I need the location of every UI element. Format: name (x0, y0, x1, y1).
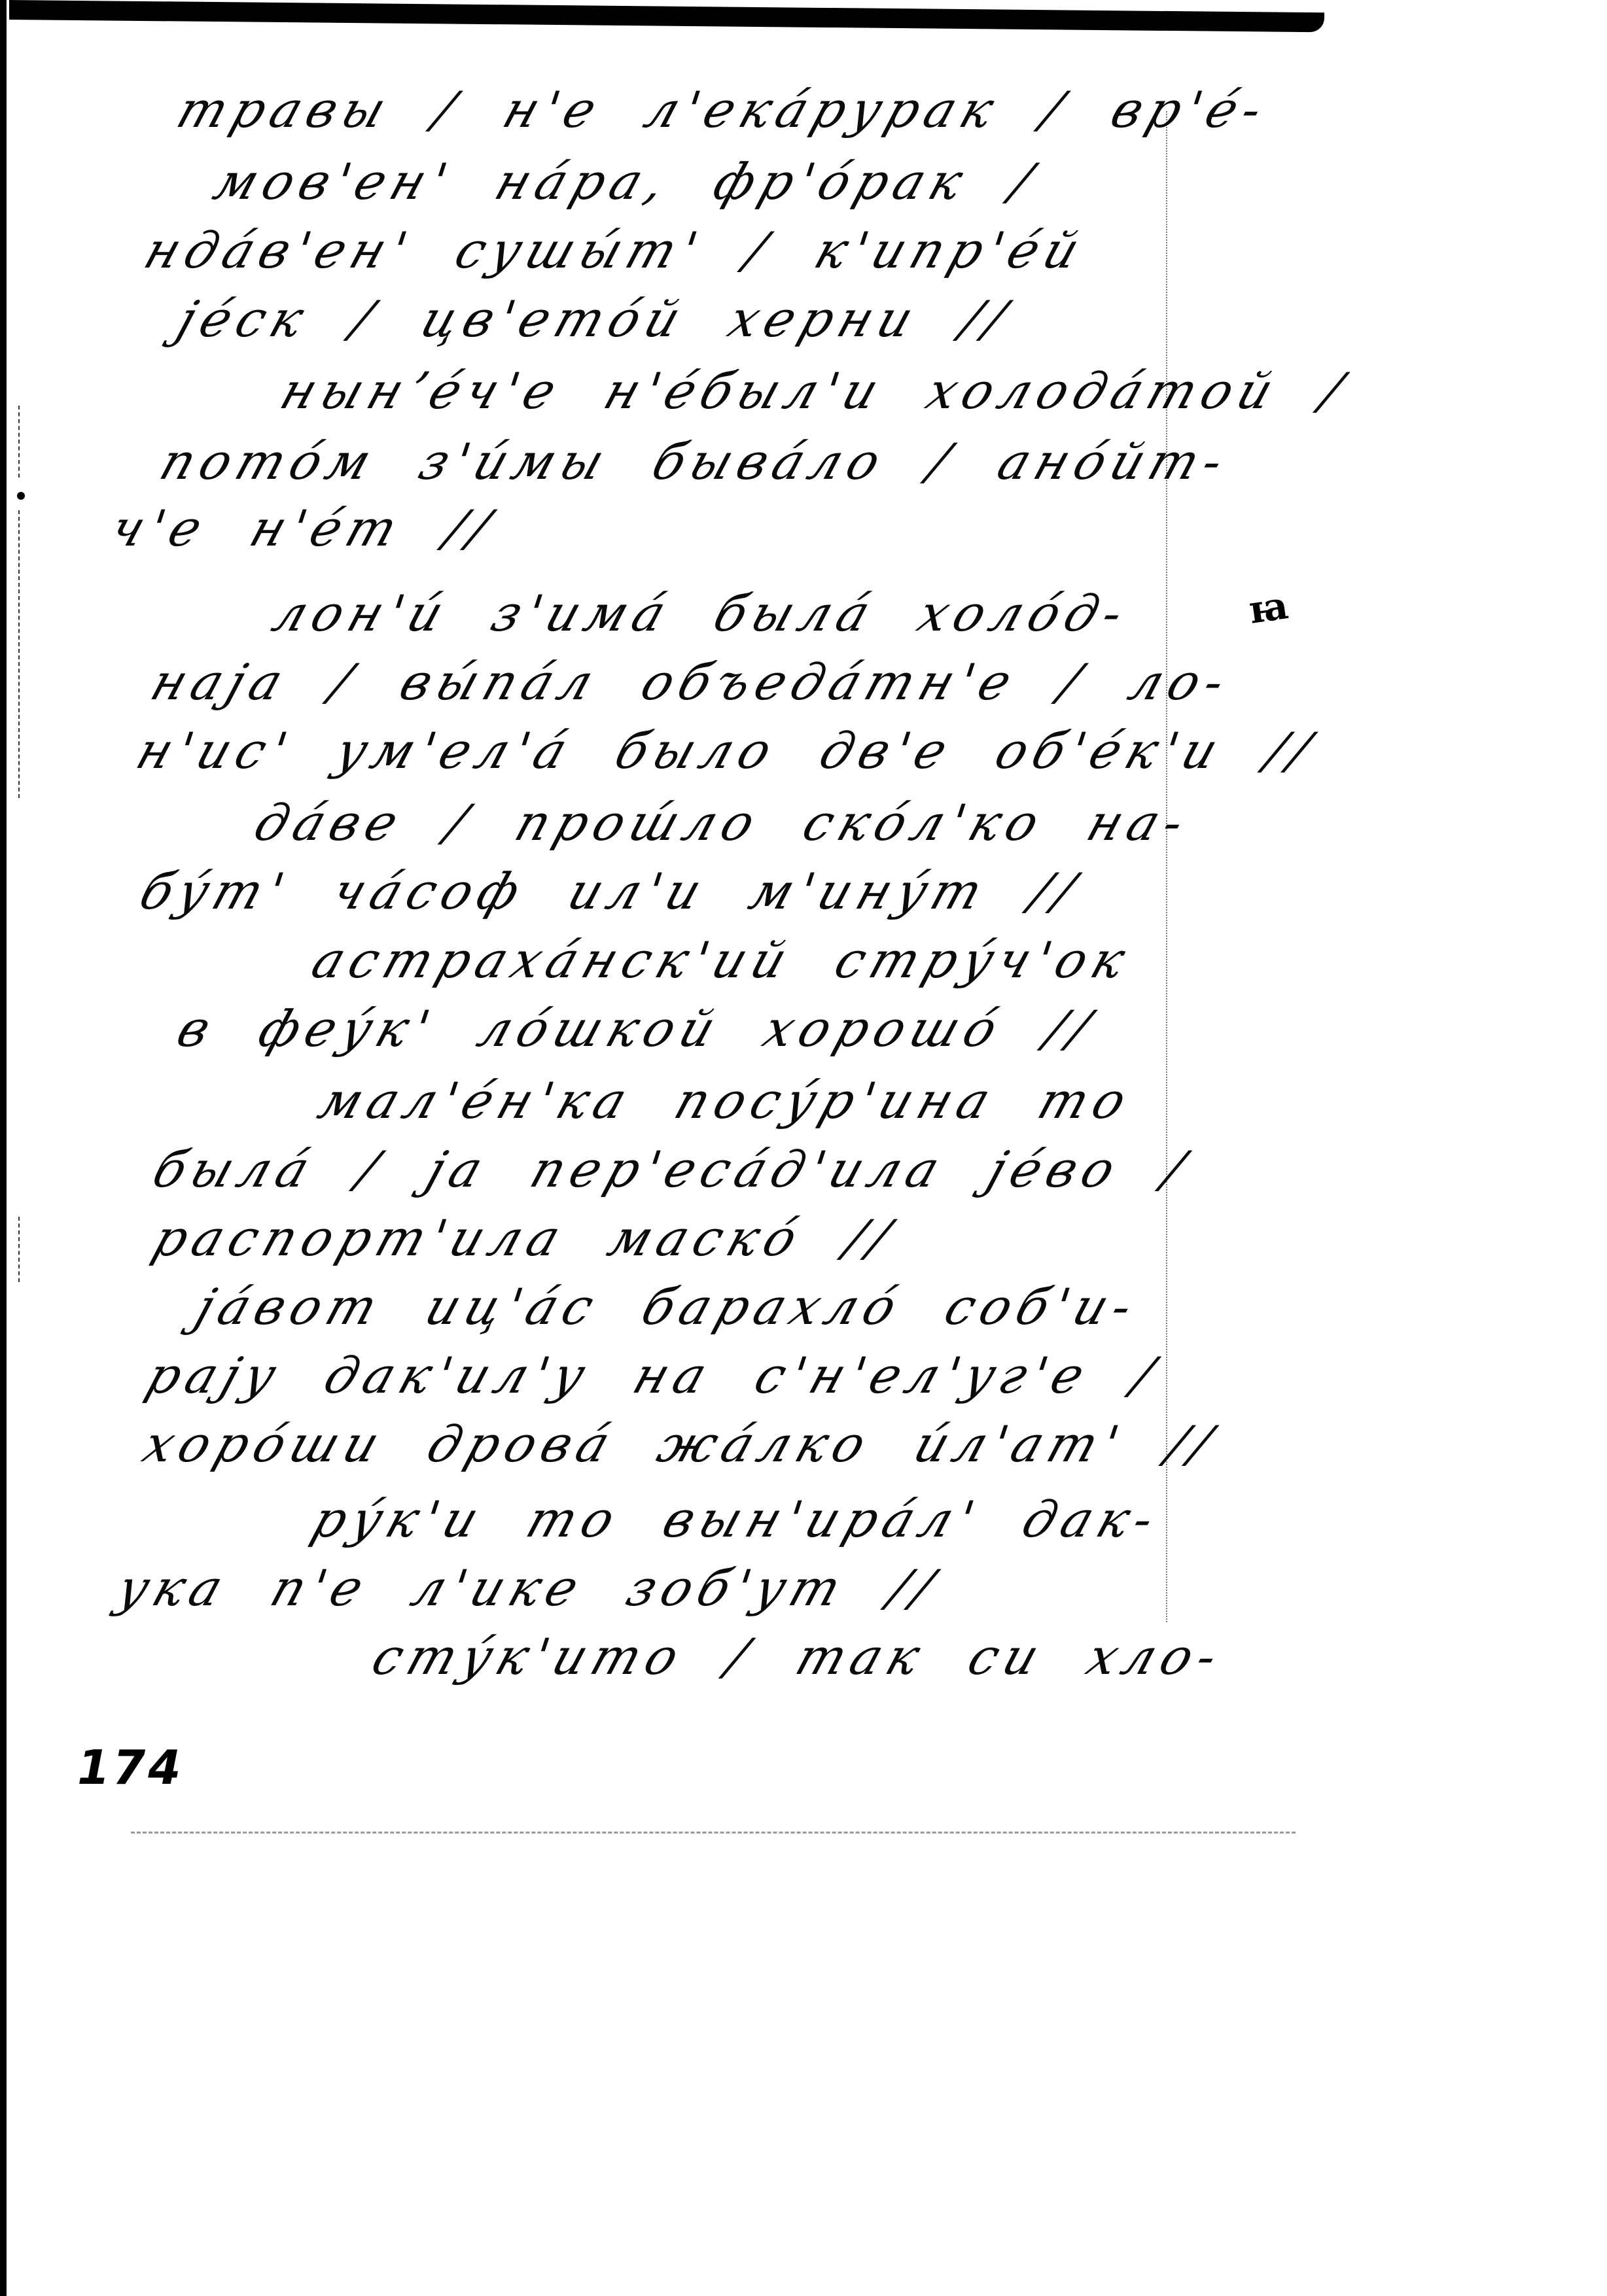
page-number: 174 (77, 1740, 183, 1795)
text-line: мов'ен' нáра, фр'óрак / (208, 157, 1044, 207)
text-line: распорт'ила маскó // (147, 1213, 902, 1263)
text-line: мал'éн'ка посу́р'ина то (313, 1076, 1139, 1126)
text-line: травы / н'е л'екáрурак / вр'é- (171, 85, 1275, 135)
text-line: наjа / вы́пáл объедáтн'е / ло- (145, 657, 1237, 707)
text-line: лон'ú з'имá былá холóд- (267, 589, 1135, 638)
text-line: сту́к'ито / так си хло- (366, 1632, 1230, 1682)
text-line: потóм з'и́мы бывáло / анóйт- (154, 437, 1235, 487)
text-line: бу́т' чáсоф ил'и м'ину́т // (134, 867, 1087, 916)
text-line: jáвот иц'áс барахлó соб'и- (190, 1282, 1145, 1332)
text-line: ука п'е л'ике зоб'ут // (111, 1563, 945, 1613)
text-line: раjу дак'ил'у на с'н'ел'уг'е / (141, 1351, 1166, 1400)
text-line: в феу́к' лóшкой хорошó // (171, 1004, 1103, 1054)
text-line: jécк / цв'етóй херни // (171, 294, 1018, 344)
text-line: астраха́нск'ий стру́ч'ок (306, 935, 1137, 985)
text-line: нынʼе́ч'е н'е́был'и холодáтой / (275, 366, 1355, 416)
text-line: хорóши дровá жáлко и́л'ат' // (137, 1419, 1224, 1469)
bottom-page-edge (131, 1832, 1296, 1834)
transcription-text: травы / н'е л'екáрурак / вр'é- мов'ен' н… (0, 0, 1607, 2296)
text-line: ндáв'ен' сушы́т' / к'ипр'éй (139, 226, 1092, 275)
text-line: былá / jа пер'есáд'ила jéво / (147, 1145, 1197, 1194)
text-line: н'ис' ум'ел'á было дв'е об'е́к'и // (131, 726, 1323, 776)
manuscript-page: ꙗ травы / н'е л'екáрурак / вр'é- мов'ен'… (0, 0, 1607, 2296)
text-line: дáве / прош́ло скóл'ко на- (249, 798, 1196, 848)
text-line: ч'е н'éт // (105, 504, 502, 553)
text-line: ру́к'и то вын'ирáл' дак- (306, 1495, 1167, 1544)
